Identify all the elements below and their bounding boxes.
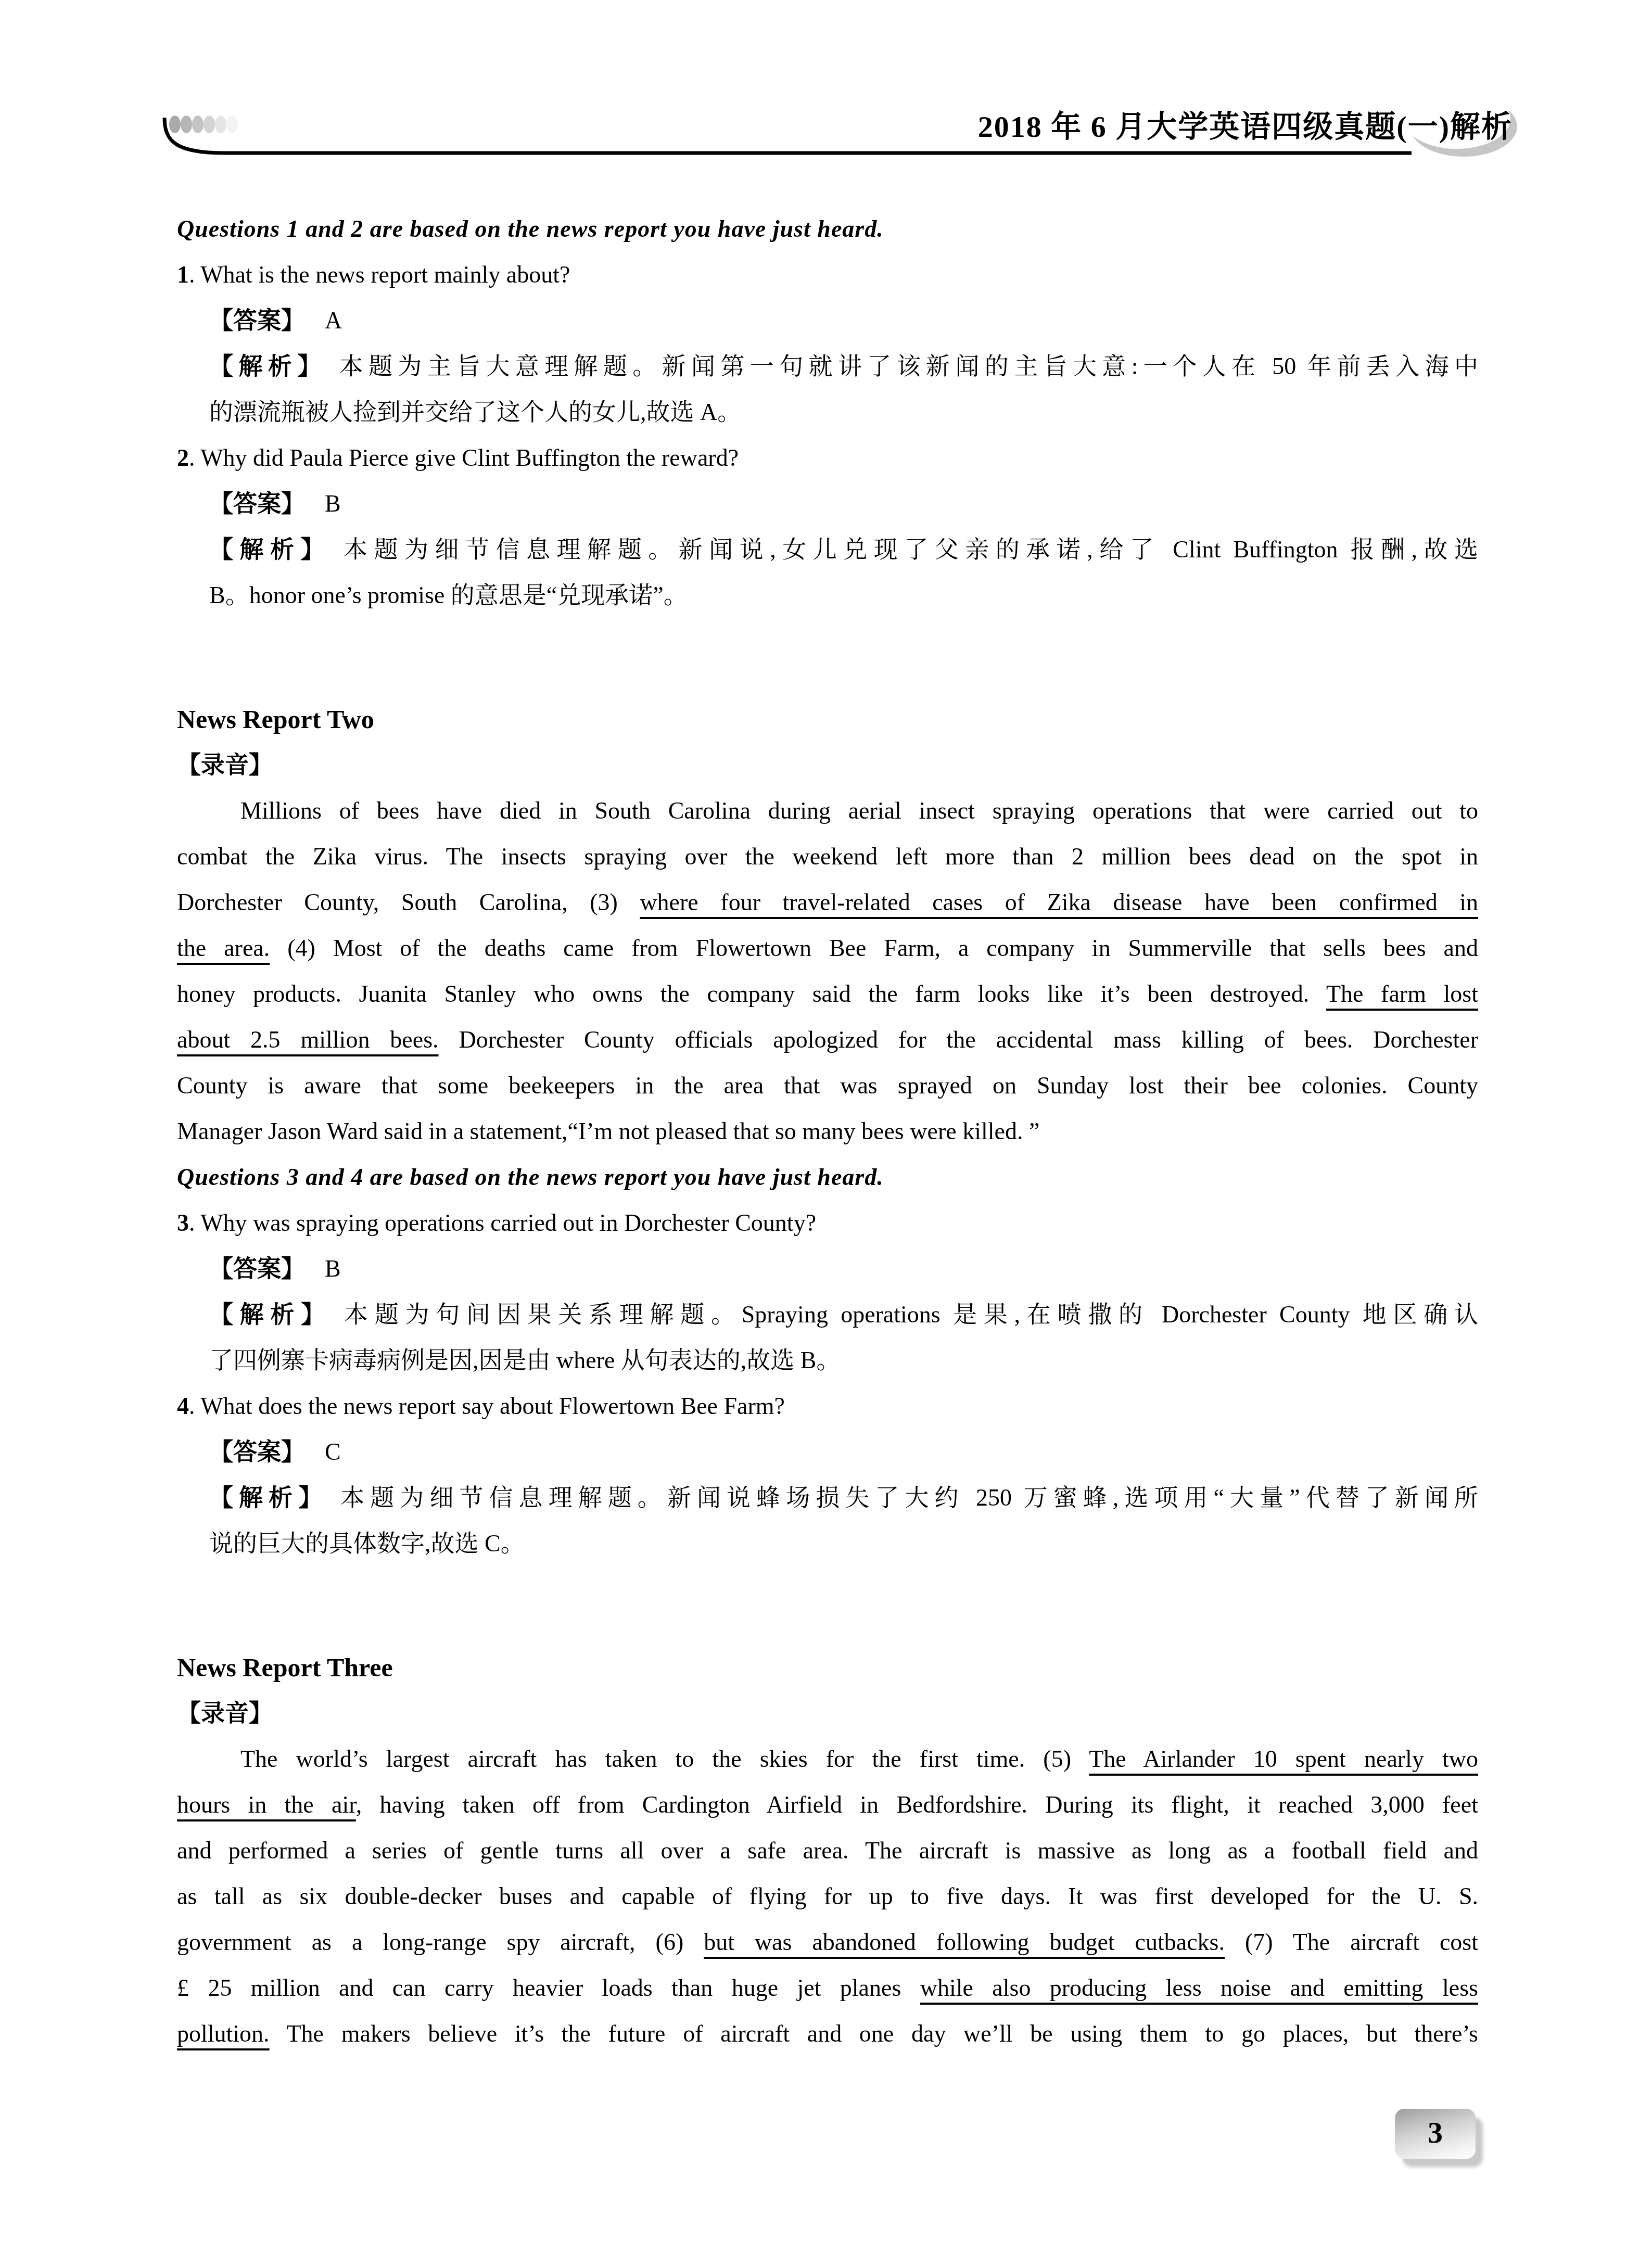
underlined-key-sentence: The Airlander 10 spent nearly two	[1089, 1746, 1478, 1772]
page-number-badge: 3	[1395, 2109, 1476, 2159]
analysis-line-2b: B。honor one’s promise 的意思是“兑现承诺”。	[177, 572, 1478, 618]
paragraph-text: Millions of bees have died in South Caro…	[240, 797, 1478, 824]
answer-value: A	[325, 307, 342, 334]
answer-line-1: 【答案】A	[177, 298, 1478, 343]
paragraph-text: The world’s largest aircraft has taken t…	[240, 1746, 1089, 1772]
underlined-key-sentence: hours in the air	[177, 1791, 356, 1818]
answer-value: C	[325, 1438, 341, 1465]
page-content: Questions 1 and 2 are based on the news …	[0, 177, 1652, 2057]
header-title: 2018 年 6 月大学英语四级真题(一)解析	[978, 102, 1513, 146]
underlined-key-sentence: pollution.	[177, 2020, 270, 2047]
underlined-key-sentence: The farm lost	[1326, 980, 1478, 1007]
analysis-line-3b: 了四例寨卡病毒病例是因,因是由 where 从句表达的,故选 B。	[177, 1337, 1478, 1383]
analysis-text: 本题为细节信息理解题。新闻说蜂场损失了大约 250 万蜜蜂,选项用“大量”代替了…	[340, 1484, 1478, 1511]
news-paragraph-line: pollution. The makers believe it’s the f…	[177, 2011, 1478, 2057]
news-paragraph-line: The world’s largest aircraft has taken t…	[177, 1736, 1478, 1782]
question-text: . What does the news report say about Fl…	[189, 1393, 785, 1419]
section-heading-news-report-two: News Report Two	[177, 696, 1478, 742]
analysis-label: 【解析】	[209, 1484, 328, 1511]
question-number: 4	[177, 1393, 189, 1419]
news-paragraph-line: combat the Zika virus. The insects spray…	[177, 834, 1478, 880]
questions-intro: Questions 3 and 4 are based on the news …	[177, 1154, 1478, 1200]
news-paragraph-line: the area. (4) Most of the deaths came fr…	[177, 925, 1478, 971]
recording-label: 【录音】	[177, 1690, 1478, 1736]
analysis-text: 本题为句间因果关系理解题。Spraying operations 是果,在喷撒的…	[344, 1301, 1478, 1328]
paragraph-text: The makers believe it’s the future of ai…	[270, 2020, 1478, 2047]
page-number: 3	[1428, 2116, 1443, 2149]
answer-line-2: 【答案】B	[177, 481, 1478, 527]
answer-value: B	[325, 490, 341, 517]
underlined-key-sentence: but was abandoned following budget cutba…	[704, 1929, 1225, 1955]
analysis-text: B。honor one’s promise 的意思是“兑现承诺”。	[209, 582, 688, 608]
analysis-text: 说的巨大的具体数字,故选 C。	[209, 1530, 525, 1557]
analysis-line-2a: 【解析】本题为细节信息理解题。新闻说,女儿兑现了父亲的承诺,给了 Clint B…	[177, 527, 1478, 572]
analysis-text: 本题为细节信息理解题。新闻说,女儿兑现了父亲的承诺,给了 Clint Buffi…	[344, 536, 1478, 563]
analysis-text: 的漂流瓶被人捡到并交给了这个人的女儿,故选 A。	[209, 399, 741, 425]
analysis-line-3a: 【解析】本题为句间因果关系理解题。Spraying operations 是果,…	[177, 1292, 1478, 1337]
news-paragraph-line: Dorchester County, South Carolina, (3) w…	[177, 880, 1478, 925]
answer-label: 【答案】	[209, 1255, 305, 1282]
analysis-label: 【解析】	[209, 536, 331, 563]
underlined-key-sentence: the area.	[177, 935, 270, 961]
analysis-line-1b: 的漂流瓶被人捡到并交给了这个人的女儿,故选 A。	[177, 389, 1478, 435]
section-heading-news-report-three: News Report Three	[177, 1645, 1478, 1690]
paragraph-text: , having taken off from Cardington Airfi…	[356, 1791, 1478, 1818]
analysis-line-4a: 【解析】本题为细节信息理解题。新闻说蜂场损失了大约 250 万蜜蜂,选项用“大量…	[177, 1475, 1478, 1521]
paragraph-text: Manager Jason Ward said in a statement,“…	[177, 1118, 1039, 1144]
analysis-line-1a: 【解析】本题为主旨大意理解题。新闻第一句就讲了该新闻的主旨大意:一个人在 50 …	[177, 343, 1478, 389]
news-paragraph-line: government as a long-range spy aircraft,…	[177, 1919, 1478, 1965]
recording-label: 【录音】	[177, 742, 1478, 788]
paragraph-text: (4) Most of the deaths came from Flowert…	[270, 935, 1478, 961]
paragraph-text: honey products. Juanita Stanley who owns…	[177, 980, 1326, 1007]
answer-label: 【答案】	[209, 307, 305, 334]
news-paragraph-line: as tall as six double-decker buses and c…	[177, 1874, 1478, 1919]
question-text: . Why did Paula Pierce give Clint Buffin…	[189, 444, 739, 471]
analysis-label: 【解析】	[209, 1301, 332, 1328]
news-paragraph-line: hours in the air, having taken off from …	[177, 1782, 1478, 1828]
header-dots	[169, 116, 238, 133]
question-text: . What is the news report mainly about?	[189, 261, 570, 288]
question-text: . Why was spraying operations carried ou…	[189, 1209, 816, 1236]
paragraph-text: combat the Zika virus. The insects spray…	[177, 843, 1478, 870]
paragraph-text: government as a long-range spy aircraft,…	[177, 1929, 704, 1955]
underlined-key-sentence: while also producing less noise and emit…	[920, 1975, 1478, 2001]
news-paragraph-line: County is aware that some beekeepers in …	[177, 1063, 1478, 1109]
question-line-3: 3. Why was spraying operations carried o…	[177, 1200, 1478, 1246]
paragraph-text: County is aware that some beekeepers in …	[177, 1072, 1478, 1099]
underlined-key-sentence: where four travel-related cases of Zika …	[640, 889, 1478, 915]
paragraph-text: and performed a series of gentle turns a…	[177, 1837, 1478, 1864]
paragraph-text: (7) The aircraft cost	[1225, 1929, 1478, 1955]
analysis-text: 本题为主旨大意理解题。新闻第一句就讲了该新闻的主旨大意:一个人在 50 年前丢入…	[339, 353, 1478, 379]
underlined-key-sentence: about 2.5 million bees.	[177, 1026, 439, 1053]
question-number: 1	[177, 261, 189, 288]
analysis-line-4b: 说的巨大的具体数字,故选 C。	[177, 1521, 1478, 1566]
news-paragraph-line: Manager Jason Ward said in a statement,“…	[177, 1109, 1478, 1154]
questions-intro: Questions 1 and 2 are based on the news …	[177, 206, 1478, 252]
news-paragraph-line: and performed a series of gentle turns a…	[177, 1828, 1478, 1874]
analysis-label: 【解析】	[209, 353, 327, 379]
answer-value: B	[325, 1255, 341, 1282]
analysis-text: 了四例寨卡病毒病例是因,因是由 where 从句表达的,故选 B。	[209, 1347, 841, 1373]
paragraph-text: Dorchester County, South Carolina, (3)	[177, 889, 640, 915]
question-number: 3	[177, 1209, 189, 1236]
news-paragraph-line: Millions of bees have died in South Caro…	[177, 788, 1478, 834]
page-header: 2018 年 6 月大学英语四级真题(一)解析	[0, 0, 1652, 177]
answer-label: 【答案】	[209, 1438, 305, 1465]
question-line-1: 1. What is the news report mainly about?	[177, 252, 1478, 298]
question-line-2: 2. Why did Paula Pierce give Clint Buffi…	[177, 435, 1478, 481]
answer-line-4: 【答案】C	[177, 1429, 1478, 1475]
question-number: 2	[177, 444, 189, 471]
header-ornament	[0, 0, 1652, 177]
paragraph-text: Dorchester County officials apologized f…	[439, 1026, 1478, 1053]
answer-label: 【答案】	[209, 490, 305, 517]
question-line-4: 4. What does the news report say about F…	[177, 1383, 1478, 1429]
news-paragraph-line: about 2.5 million bees. Dorchester Count…	[177, 1017, 1478, 1063]
answer-line-3: 【答案】B	[177, 1246, 1478, 1292]
news-paragraph-line: honey products. Juanita Stanley who owns…	[177, 971, 1478, 1017]
news-paragraph-line: £ 25 million and can carry heavier loads…	[177, 1965, 1478, 2011]
paragraph-text: £ 25 million and can carry heavier loads…	[177, 1975, 920, 2001]
paragraph-text: as tall as six double-decker buses and c…	[177, 1883, 1478, 1909]
